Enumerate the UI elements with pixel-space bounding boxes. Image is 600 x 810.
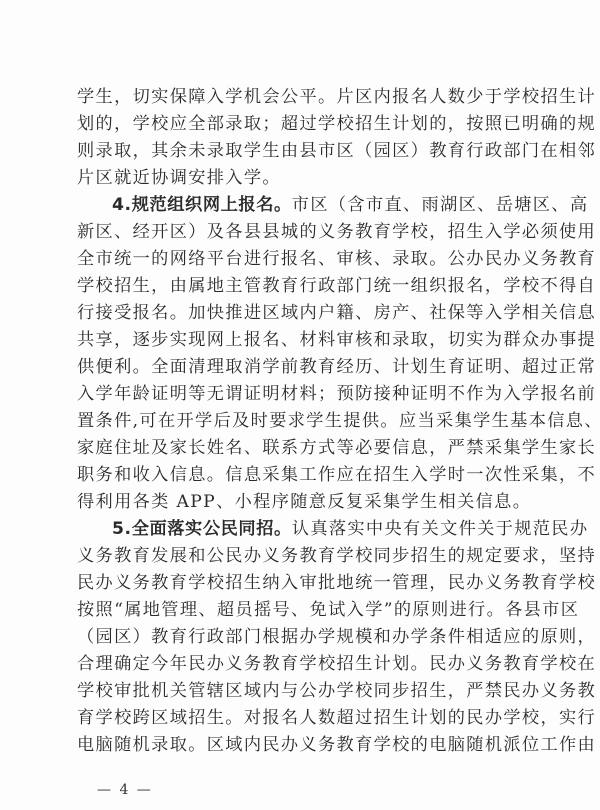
text-line: 行接受报名。加快推进区域内户籍、房产、社保等入学相关信息 [77, 300, 525, 327]
text-line: 合理确定今年民办义务教育学校招生计划。民办义务教育学校在 [77, 651, 525, 678]
text-span: 市区（含市直、雨湖区、岳塘区、高 [292, 195, 589, 215]
document-page: 学生，切实保障入学机会公平。片区内报名人数少于学校招生计 划的，学校应全部录取；… [0, 0, 600, 810]
text-line: 得利用各类 APP、小程序随意反复采集学生相关信息。 [77, 489, 525, 516]
text-line: 职务和收入信息。信息采集工作应在招生入学时一次性采集，不 [77, 462, 525, 489]
text-line: 划的，学校应全部录取；超过学校招生计划的，按照已明确的规 [77, 111, 525, 138]
text-line: 学校审批机关管辖区域内与公办学校同步招生，严禁民办义务教 [77, 678, 525, 705]
text-span: 认真落实中央有关文件关于规范民办 [292, 519, 589, 539]
text-line: 置条件,可在开学后及时要求学生提供。应当采集学生基本信息、 [77, 408, 525, 435]
text-line: 电脑随机录取。区域内民办义务教育学校的电脑随机派位工作由 [77, 732, 525, 759]
text-line: 共享，逐步实现网上报名、材料审核和录取，切实为群众办事提 [77, 327, 525, 354]
text-line: 义务教育发展和公民办义务教育学校同步招生的规定要求，坚持 [77, 543, 525, 570]
text-line: 育学校跨区域招生。对报名人数超过招生计划的民办学校，实行 [77, 705, 525, 732]
text-line: 按照“属地管理、超员摇号、免试入学”的原则进行。各县市区 [77, 597, 525, 624]
text-line: 全市统一的网络平台进行报名、审核、录取。公办民办义务教育 [77, 246, 525, 273]
text-line: 学校招生，由属地主管教育行政部门统一组织报名，学校不得自 [77, 273, 525, 300]
section-5-first-line: 5.全面落实公民同招。认真落实中央有关文件关于规范民办 [77, 516, 525, 543]
text-line: 新区、经开区）及各县县城的义务教育学校，招生入学必须使用 [77, 219, 525, 246]
text-line: 民办义务教育学校招生纳入审批地统一管理，民办义务教育学校 [77, 570, 525, 597]
text-line: 供便利。全面清理取消学前教育经历、计划生育证明、超过正常 [77, 354, 525, 381]
section-heading-4: 4.规范组织网上报名。 [112, 195, 292, 215]
text-line: 入学年龄证明等无谓证明材料；预防接种证明不作为入学报名前 [77, 381, 525, 408]
page-number: — 4 — [97, 782, 153, 798]
section-heading-5: 5.全面落实公民同招。 [112, 519, 292, 539]
document-body: 学生，切实保障入学机会公平。片区内报名人数少于学校招生计 划的，学校应全部录取；… [77, 84, 525, 759]
text-line: 学生，切实保障入学机会公平。片区内报名人数少于学校招生计 [77, 84, 525, 111]
text-line: 家庭住址及家长姓名、联系方式等必要信息，严禁采集学生家长 [77, 435, 525, 462]
text-line: 片区就近协调安排入学。 [77, 165, 525, 192]
section-4-first-line: 4.规范组织网上报名。市区（含市直、雨湖区、岳塘区、高 [77, 192, 525, 219]
text-line: 则录取，其余未录取学生由县市区（园区）教育行政部门在相邻 [77, 138, 525, 165]
text-line: （园区）教育行政部门根据办学规模和办学条件相适应的原则， [77, 624, 525, 651]
